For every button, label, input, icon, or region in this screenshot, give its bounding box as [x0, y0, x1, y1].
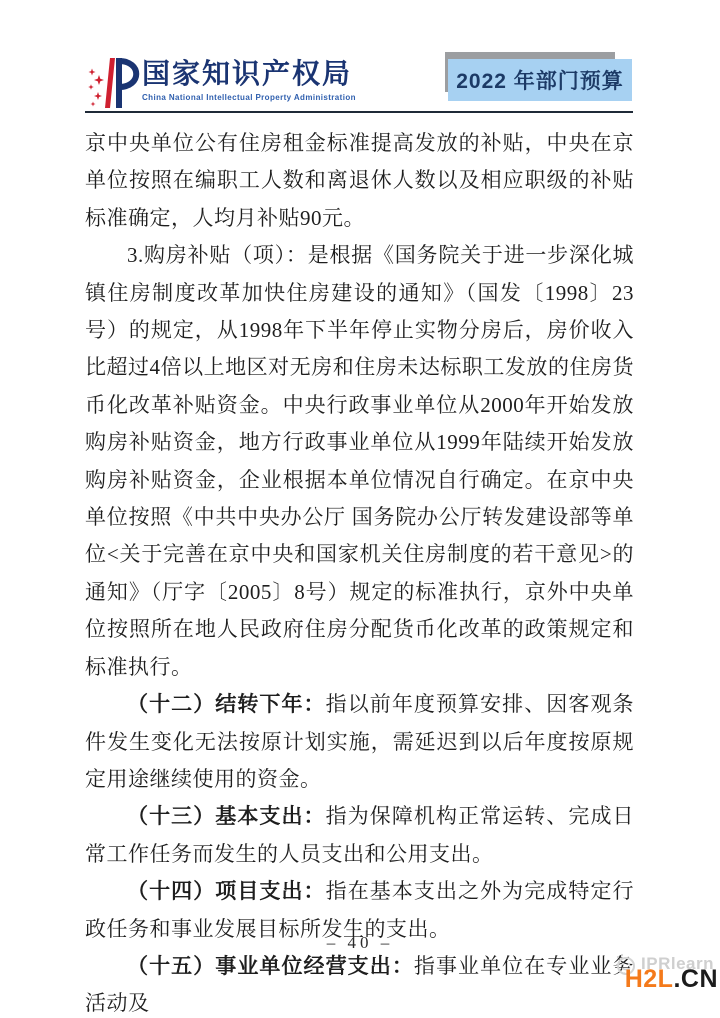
document-page: 国家知识产权局 China National Intellectual Prop… [0, 0, 720, 1018]
paragraph: （十三）基本支出：指为保障机构正常运转、完成日常工作任务而发生的人员支出和公用支… [85, 798, 634, 873]
cnipa-logo-icon [86, 56, 142, 110]
watermark-brand-main: H2L.CN [625, 965, 718, 994]
paragraph: （十二）结转下年：指以前年度预算安排、因客观条件发生变化无法按原计划实施，需延迟… [85, 686, 634, 798]
header-divider [85, 111, 633, 113]
budget-year-badge: 2022 年部门预算 [448, 59, 632, 101]
cnipa-logo-text: 国家知识产权局 China National Intellectual Prop… [142, 58, 356, 102]
watermark-suffix-label: .CN [673, 965, 718, 993]
page-number: – 40 – [0, 933, 720, 953]
paragraph: 京中央单位公有住房租金标准提高发放的补贴，中央在京单位按照在编职工人数和离退休人… [85, 125, 634, 237]
paragraph-lead: （十三）基本支出： [127, 804, 326, 828]
agency-name-cn: 国家知识产权局 [142, 58, 356, 90]
watermark: IPRlearn H2L.CN [580, 952, 720, 1004]
paragraph-lead: （十四）项目支出： [127, 879, 326, 903]
paragraph: （十五）事业单位经营支出：指事业单位在专业业务活动及 [85, 948, 634, 1018]
paragraph-lead: （十五）事业单位经营支出： [127, 954, 414, 978]
paragraph-lead: （十二）结转下年： [127, 692, 326, 716]
watermark-orange-label: H2L [625, 965, 674, 993]
document-body: 京中央单位公有住房租金标准提高发放的补贴，中央在京单位按照在编职工人数和离退休人… [85, 125, 634, 1018]
paragraph: 3.购房补贴（项）：是根据《国务院关于进一步深化城镇住房制度改革加快住房建设的通… [85, 237, 634, 686]
agency-name-en: China National Intellectual Property Adm… [142, 93, 356, 102]
